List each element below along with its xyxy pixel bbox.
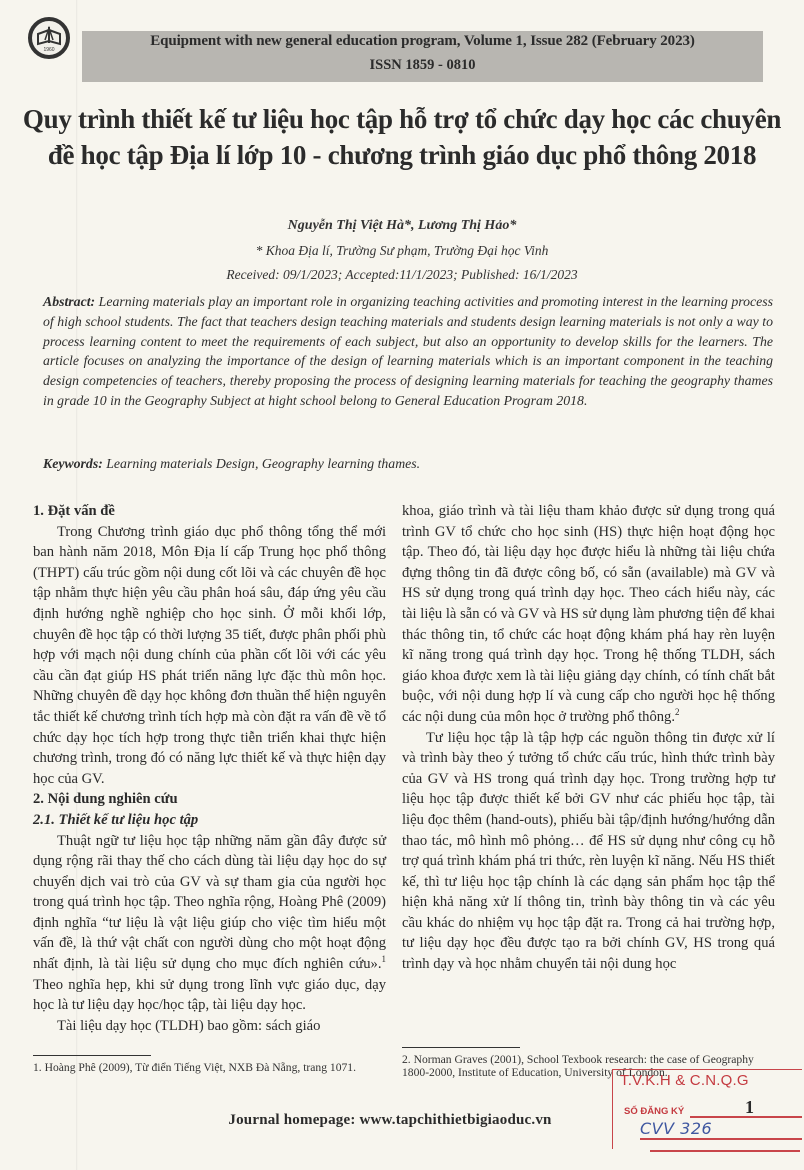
footnote-ref-1[interactable]: 1 [382,954,387,964]
footnote-rule-left [33,1055,151,1056]
paragraph: Tư liệu học tập là tập hợp các nguồn thô… [402,728,775,975]
article-dates: Received: 09/1/2023; Accepted:11/1/2023;… [20,267,784,283]
stamp-registration-label: SỐ ĐĂNG KÝ [624,1106,684,1117]
section-heading-2: 2. Nội dung nghiên cứu [33,789,386,810]
body-column-left: 1. Đặt vấn đề Trong Chương trình giáo dụ… [33,501,386,1036]
journal-issue-line: Equipment with new general education pro… [82,33,763,50]
stamp-title: T.V.K.H & C.N.Q.G [620,1072,749,1089]
paragraph-text: Theo nghĩa hẹp, khi sử dụng trong lĩnh v… [33,977,386,1014]
stamp-handwritten-number: CVV 326 [640,1119,712,1138]
abstract-label: Abstract: [43,294,95,309]
paragraph: Thuật ngữ tư liệu học tập những năm gần … [33,831,386,1016]
footnote-1: 1. Hoàng Phê (2009), Từ điển Tiếng Việt,… [33,1061,363,1074]
subsection-heading-2-1: 2.1. Thiết kế tư liệu học tập [33,810,386,831]
footnote-rule-right [402,1047,520,1048]
section-heading-1: 1. Đặt vấn đề [33,501,386,522]
logo-year: 1960 [43,47,54,53]
paragraph: Tài liệu dạy học (TLDH) bao gồm: sách gi… [33,1016,386,1037]
article-title: Quy trình thiết kế tư liệu học tập hỗ tr… [20,101,784,173]
article-authors: Nguyễn Thị Việt Hà*, Lương Thị Hảo* [20,218,784,234]
paragraph-text: Thuật ngữ tư liệu học tập những năm gần … [33,833,386,973]
page-number: 1 [745,1097,754,1118]
keywords-text: Learning materials Design, Geography lea… [106,456,420,471]
abstract-text: Learning materials play an important rol… [43,294,773,408]
body-column-right: khoa, giáo trình và tài liệu tham khảo đ… [402,501,775,975]
stamp-line [650,1150,800,1152]
paragraph: Trong Chương trình giáo dục phổ thông tổ… [33,522,386,790]
author-affiliation: * Khoa Địa lí, Trường Sư phạm, Trường Đạ… [20,243,784,259]
footnote-ref-2[interactable]: 2 [675,707,680,717]
journal-homepage-link[interactable]: Journal homepage: www.tapchithietbigiaod… [180,1112,600,1129]
paragraph: khoa, giáo trình và tài liệu tham khảo đ… [402,501,775,728]
keywords-label: Keywords: [43,456,103,471]
stamp-line [640,1138,802,1140]
issn: ISSN 1859 - 0810 [82,57,763,74]
paragraph-text: khoa, giáo trình và tài liệu tham khảo đ… [402,503,775,725]
journal-logo-icon: 1960 [28,17,70,59]
keywords: Keywords: Learning materials Design, Geo… [43,456,773,472]
abstract: Abstract: Learning materials play an imp… [43,292,773,411]
journal-page: 1960 Equipment with new general educatio… [0,0,804,1170]
